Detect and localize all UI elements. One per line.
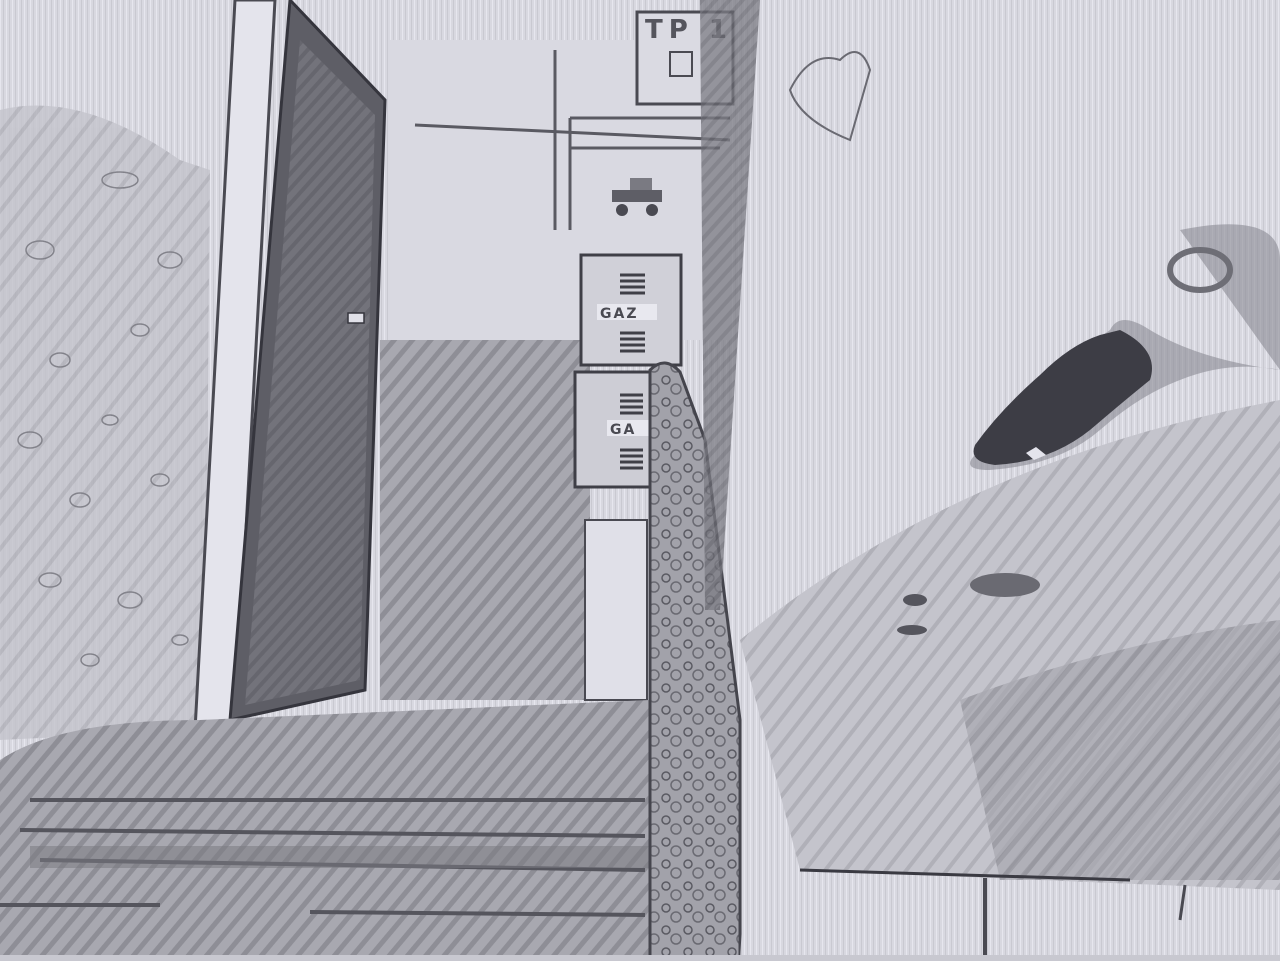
gas-box-upper-label: GAZ — [600, 306, 638, 322]
sketch-scene: TP 1 GAZ GA — [0, 0, 1280, 961]
gas-meter-box-upper: GAZ — [581, 255, 681, 365]
bottom-edge — [0, 955, 1280, 961]
gas-box-lower-label: GA — [610, 422, 636, 438]
alley-floor-light — [585, 520, 647, 700]
scene-drawing: TP 1 GAZ GA — [0, 0, 1280, 961]
right-wall — [740, 0, 1280, 961]
left-wall — [0, 106, 210, 740]
alley-shaded-wall — [380, 340, 590, 700]
door-handle-icon — [348, 313, 364, 323]
steps — [0, 700, 650, 961]
